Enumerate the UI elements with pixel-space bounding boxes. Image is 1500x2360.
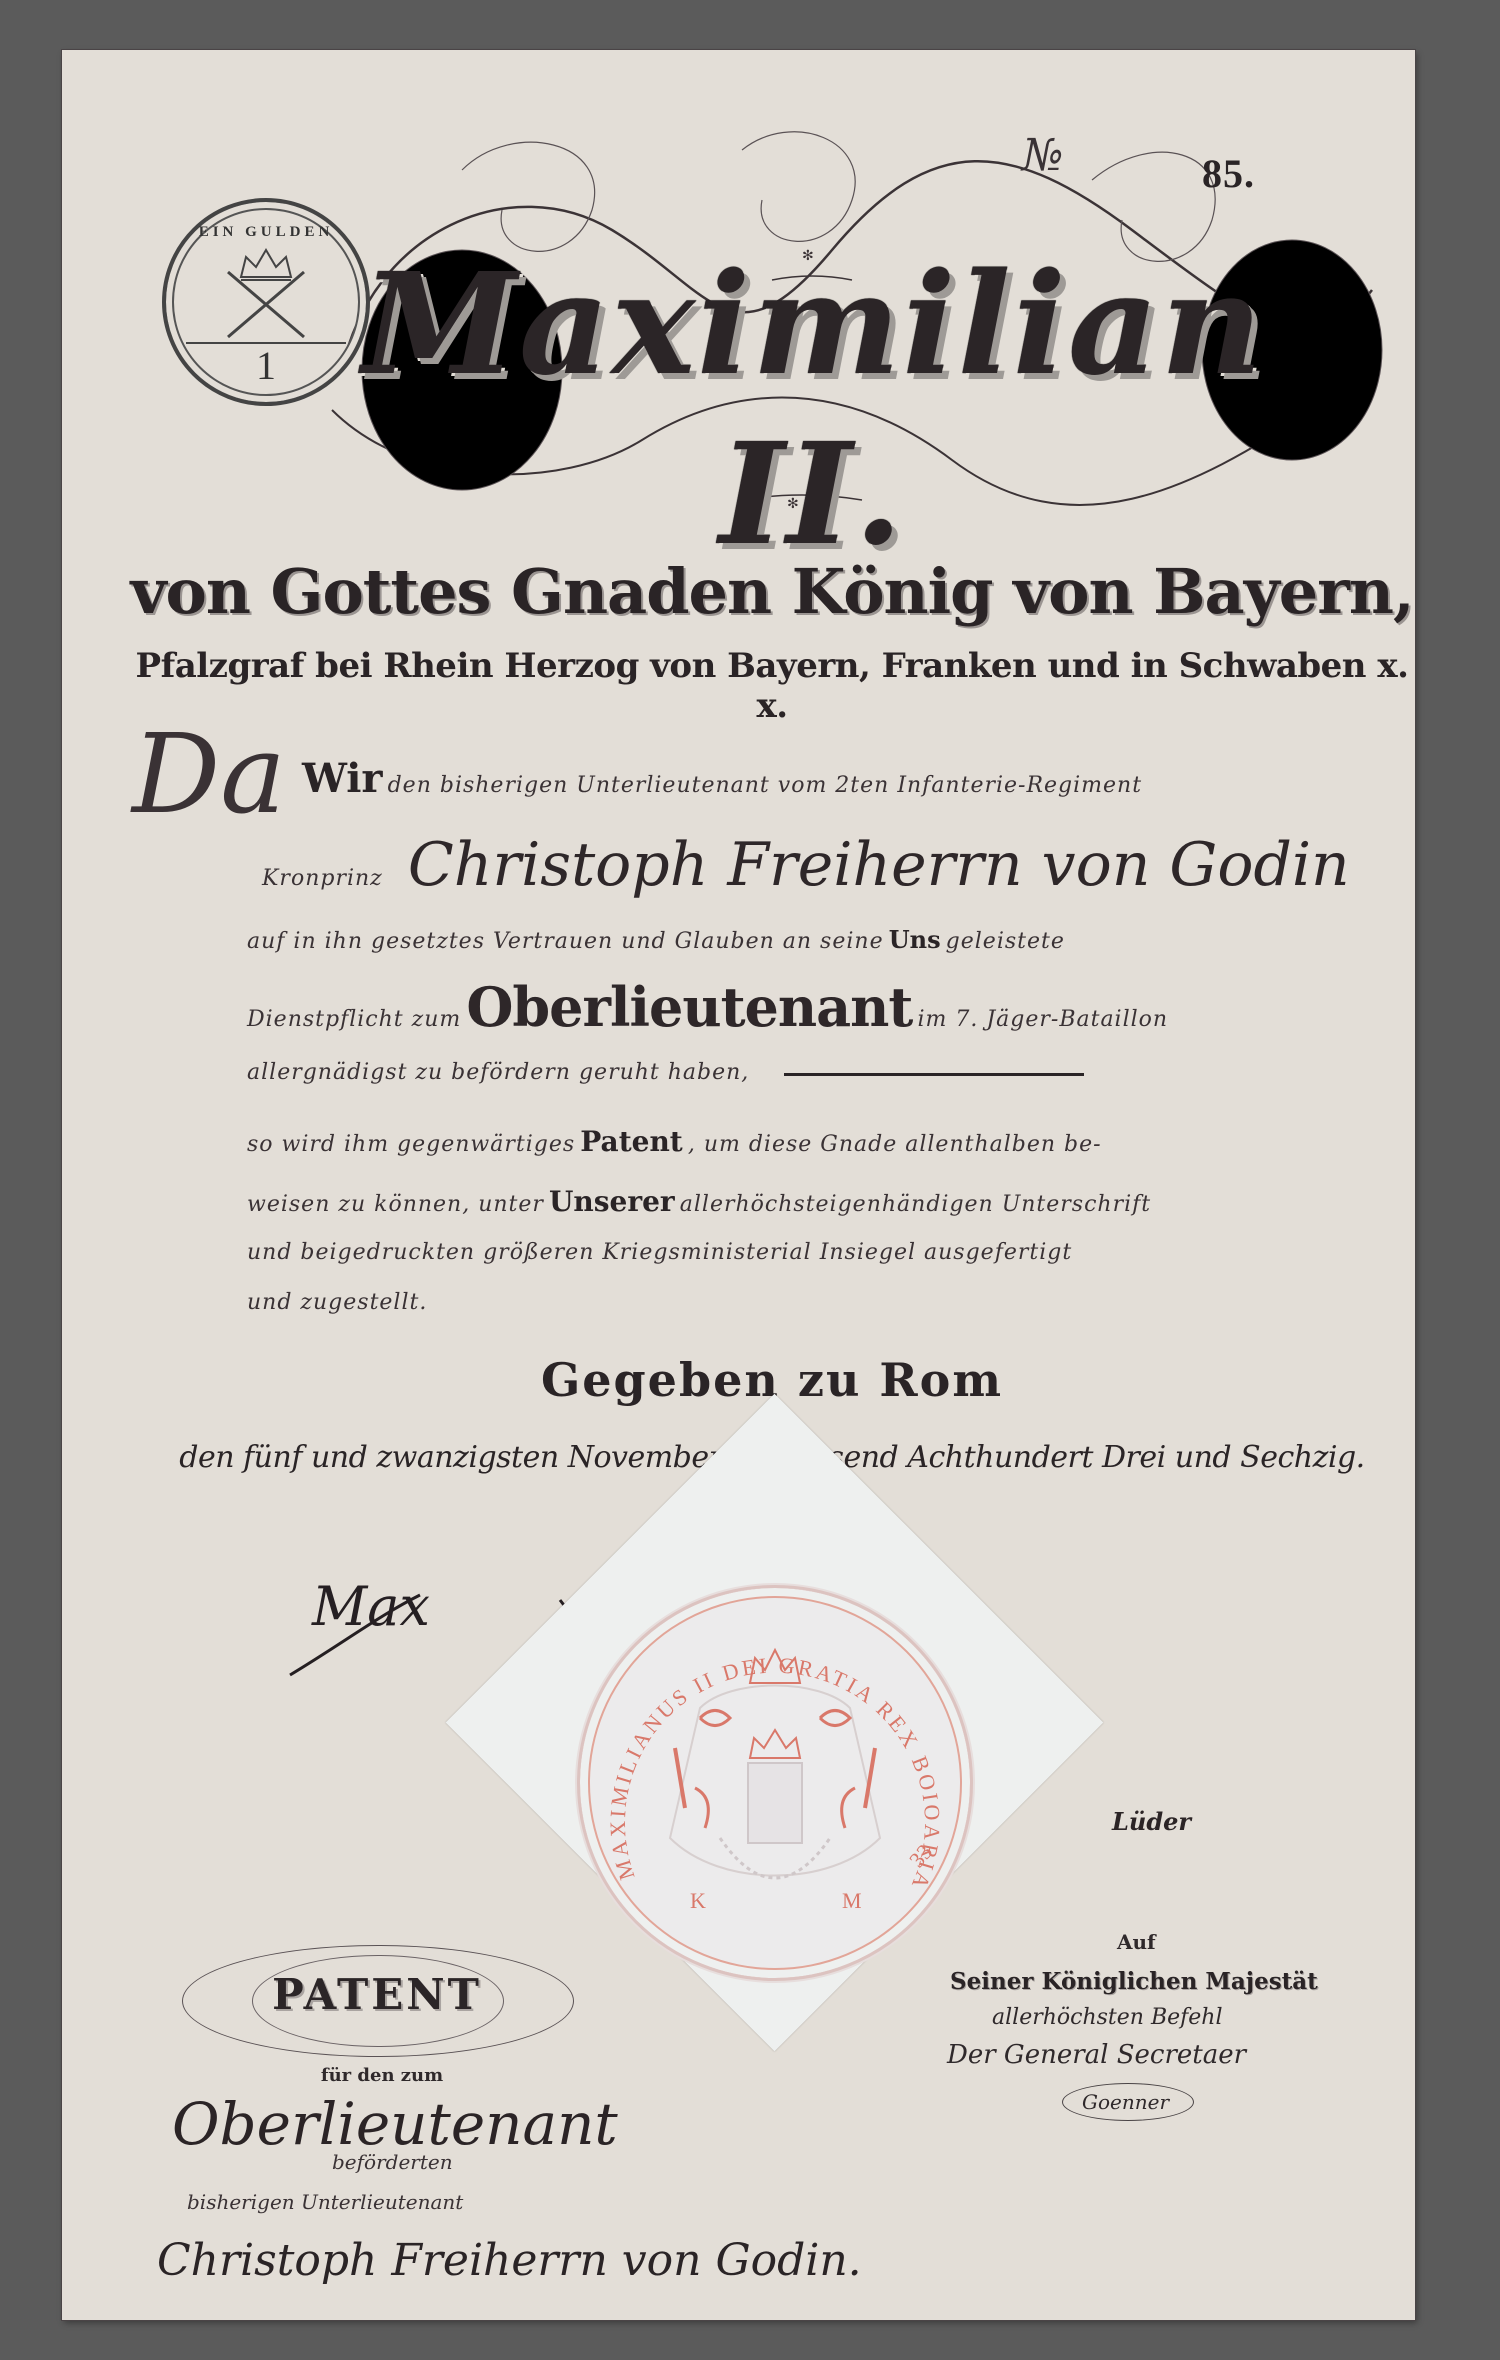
body-line-4-text: Dienstpflicht zum xyxy=(247,1007,461,1032)
body-line-3-end: geleistete xyxy=(946,929,1065,954)
document-number: 85. xyxy=(1202,150,1255,197)
recipient-name: Christoph Freiherrn von Godin xyxy=(408,830,1350,900)
countersign-initials: Lüder xyxy=(1112,1807,1191,1836)
seal-legend: MAXIMILIANUS II DEI GRATIA REX BOIOARIAE xyxy=(580,1588,970,1978)
body-line-3: auf in ihn gesetztes Vertrauen und Glaub… xyxy=(247,925,1065,954)
command-line: allerhöchsten Befehl xyxy=(992,2005,1223,2030)
body-line-9: und zugestellt. xyxy=(247,1290,427,1315)
tax-stamp-text: EIN GULDEN xyxy=(166,224,366,241)
svg-text:MAXIMILIANUS II DEI GRATIA REX: MAXIMILIANUS II DEI GRATIA REX BOIOARIAE xyxy=(580,1588,945,1895)
body-line-6: so wird ihm gegenwärtiges Patent , um di… xyxy=(247,1125,1102,1158)
body-line-6-text: so wird ihm gegenwärtiges xyxy=(247,1132,575,1157)
body-line-5-text: allergnädigst zu befördern geruht haben, xyxy=(247,1060,749,1085)
rank-title: Oberlieutenant xyxy=(466,975,912,1039)
majesty-line: Seiner Königlichen Majestät xyxy=(950,1968,1318,1995)
tax-stamp-value: 1 xyxy=(166,342,366,389)
secretary-signature: Goenner xyxy=(1082,2090,1169,2114)
body-line-8: und beigedruckten größeren Kriegsministe… xyxy=(247,1240,1072,1265)
seal-letter-right: M xyxy=(842,1888,862,1914)
general-secretary-line: Der General Secretaer xyxy=(947,2040,1246,2070)
by-order-label: Auf xyxy=(1117,1930,1156,1954)
body-line-6-print: Patent xyxy=(580,1125,682,1158)
patent-former-rank: bisherigen Unterlieutenant xyxy=(187,2190,463,2214)
patent-for-the: für den zum xyxy=(252,2065,512,2086)
document-number-label: № xyxy=(1022,130,1064,181)
body-we: Wir xyxy=(302,755,383,802)
decorative-initial: Da xyxy=(132,710,286,838)
document-sheet: ✻ ✻ № 85. EIN GULDEN 1 Maximilian II. vo… xyxy=(62,50,1415,2320)
crown-crossed-scepters-icon xyxy=(216,242,316,342)
royal-signature: Max xyxy=(312,1575,430,1638)
body-line-3-text: auf in ihn gesetztes Vertrauen und Glaub… xyxy=(247,929,884,954)
document-title: Maximilian II. xyxy=(362,240,1262,580)
body-line-7: weisen zu können, unter Unserer allerhöc… xyxy=(247,1185,1151,1218)
body-line-2: Kronprinz Christoph Freiherrn von Godin xyxy=(262,830,1350,900)
body-line-5: allergnädigst zu befördern geruht haben, xyxy=(247,1060,1084,1085)
body-line-2-prefix: Kronprinz xyxy=(262,866,383,891)
body-line-9-text: und zugestellt. xyxy=(247,1290,427,1315)
patent-heading: PATENT xyxy=(247,1970,507,2019)
body-line-1: Wir den bisherigen Unterlieutenant vom 2… xyxy=(302,755,1142,802)
tax-stamp: EIN GULDEN 1 xyxy=(162,198,370,406)
royal-seal: MAXIMILIANUS II DEI GRATIA REX BOIOARIAE… xyxy=(577,1585,973,1981)
seal-letter-left: K xyxy=(690,1888,706,1914)
body-line-7-print: Unserer xyxy=(549,1185,675,1218)
body-line-1-text: den bisherigen Unterlieutenant vom 2ten … xyxy=(388,773,1142,798)
patent-rank: Oberlieutenant xyxy=(172,2090,618,2158)
patent-promoted: beförderten xyxy=(332,2150,453,2174)
initial-flourish: Da xyxy=(132,710,286,838)
body-line-4-end: im 7. Jäger-Bataillon xyxy=(917,1007,1168,1032)
body-line-7-text: weisen zu können, unter xyxy=(247,1192,544,1217)
royal-titles-subline: Pfalzgraf bei Rhein Herzog von Bayern, F… xyxy=(122,646,1422,726)
patent-recipient-name: Christoph Freiherrn von Godin. xyxy=(157,2235,862,2286)
body-line-5-rule xyxy=(784,1073,1084,1076)
body-line-8-text: und beigedruckten größeren Kriegsministe… xyxy=(247,1240,1072,1265)
body-line-3-print: Uns xyxy=(889,925,941,954)
royal-title-line: von Gottes Gnaden König von Bayern, xyxy=(122,555,1422,628)
body-line-6-end: , um diese Gnade allenthalben be- xyxy=(688,1132,1102,1157)
body-line-4: Dienstpflicht zum Oberlieutenant im 7. J… xyxy=(247,975,1168,1039)
body-line-7-end: allerhöchsteigenhändigen Unterschrift xyxy=(680,1192,1151,1217)
